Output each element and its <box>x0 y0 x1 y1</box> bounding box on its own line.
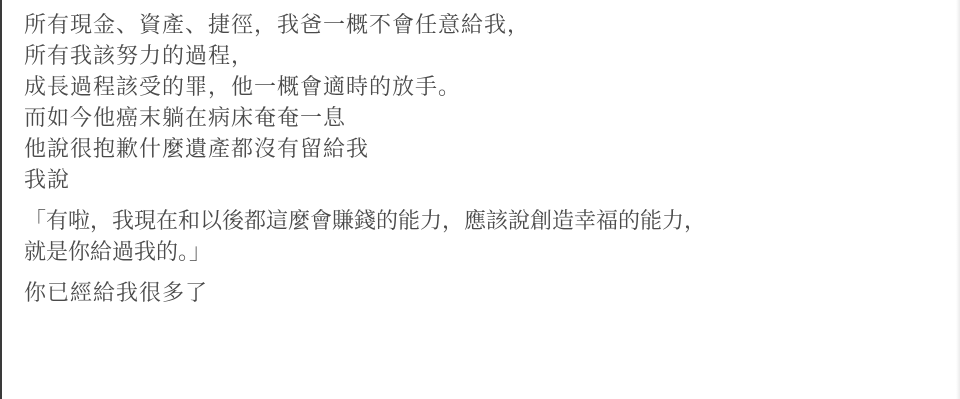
paragraph-gap <box>24 196 706 206</box>
post-line: 他說很抱歉什麼遺產都沒有留給我 <box>24 134 706 165</box>
post-line: 成長過程該受的罪，他一概會適時的放手。 <box>24 72 706 103</box>
post-line: 而如今他癌末躺在病床奄奄一息 <box>24 103 706 134</box>
quote-line: 就是你給過我的。」 <box>24 237 706 268</box>
post-line: 所有現金、資產、捷徑，我爸一概不會任意給我， <box>24 10 706 41</box>
quote-line: 「有啦，我現在和以後都這麼會賺錢的能力，應該說創造幸福的能力， <box>24 206 706 237</box>
post-line: 所有我該努力的過程， <box>24 41 706 72</box>
post-text-block: 所有現金、資產、捷徑，我爸一概不會任意給我， 所有我該努力的過程， 成長過程該受… <box>24 10 706 309</box>
paragraph-gap <box>24 268 706 278</box>
screenshot-frame: 所有現金、資產、捷徑，我爸一概不會任意給我， 所有我該努力的過程， 成長過程該受… <box>0 0 960 399</box>
right-edge-shadow <box>956 0 960 399</box>
post-line: 我說 <box>24 165 706 196</box>
closing-line: 你已經給我很多了 <box>24 278 706 309</box>
